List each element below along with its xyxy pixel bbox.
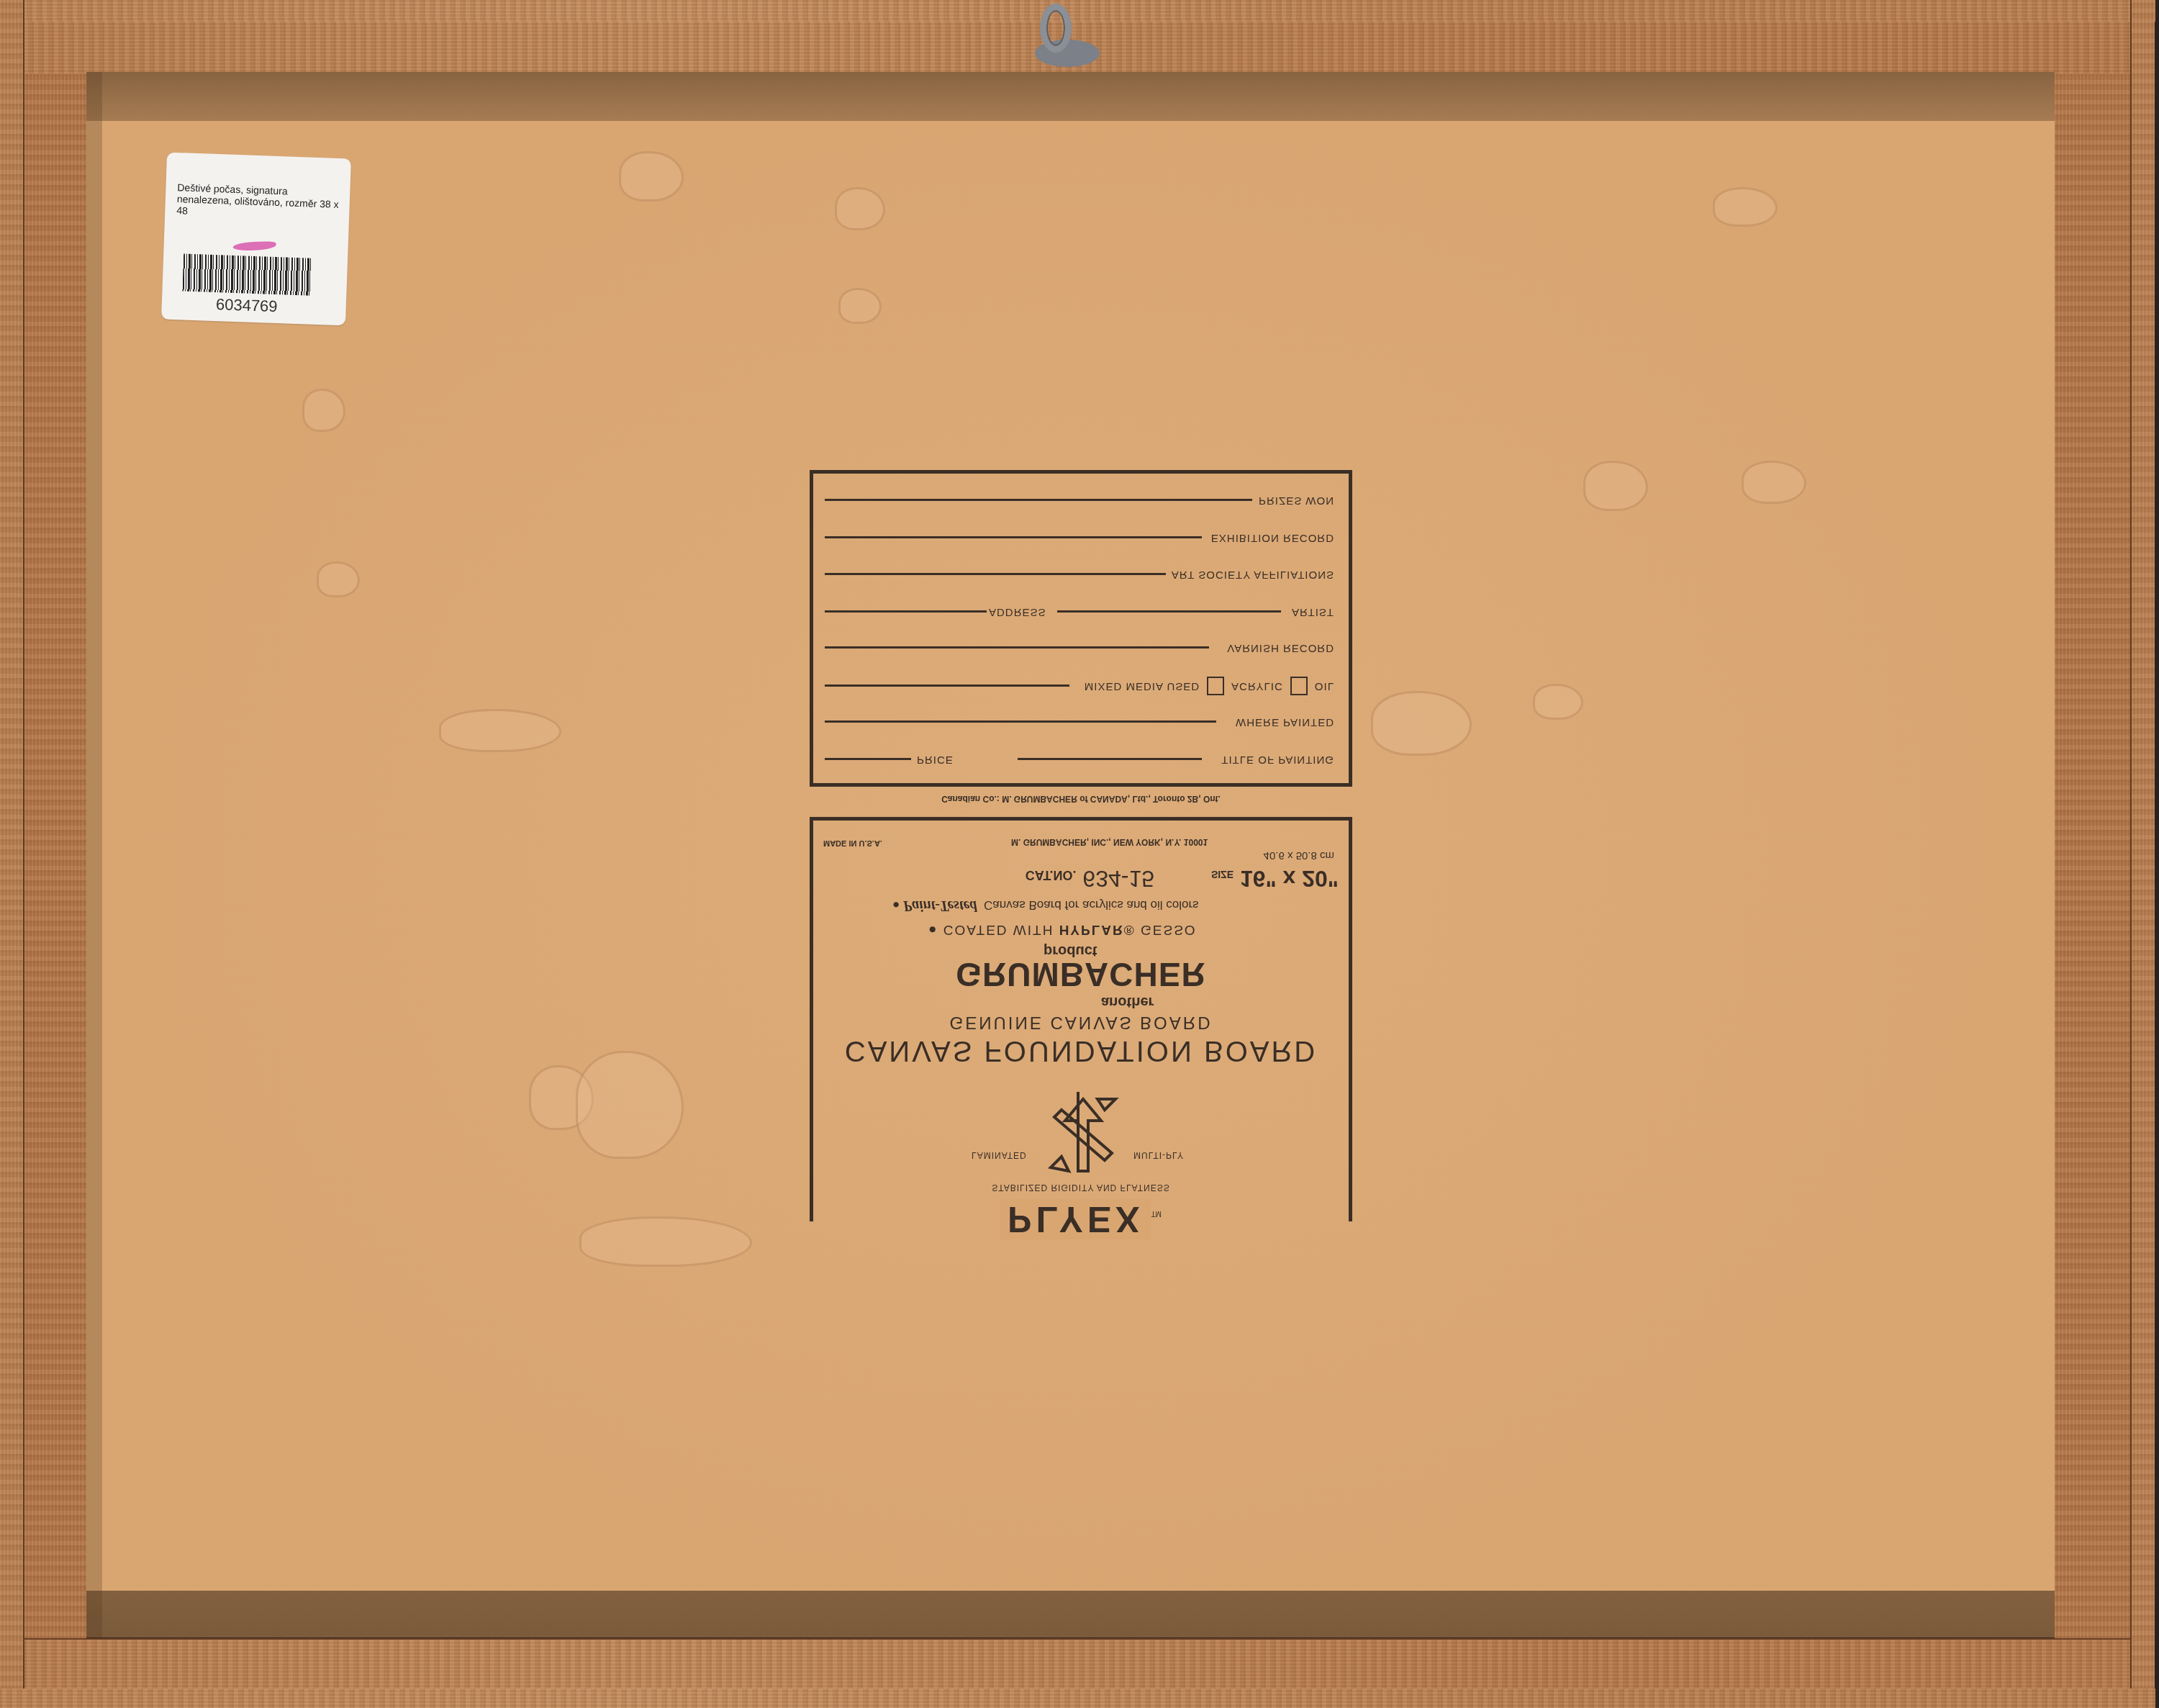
canadian-company-line: Canadian Co.: M. GRUMBACHER of CANADA, L… bbox=[810, 794, 1352, 804]
frame-outer-top bbox=[0, 0, 2155, 22]
size-metric: 40.6 x 50.8 cm bbox=[1264, 849, 1334, 862]
inventory-sticker: Deštivé počas, signatura nenalezena, oli… bbox=[161, 153, 351, 326]
water-stain bbox=[1533, 684, 1583, 720]
catalog-number: CAT.NO. 634-15 bbox=[1026, 865, 1154, 892]
another-word: another bbox=[1101, 993, 1154, 1010]
artist-record-form: TITLE OF PAINTING PRICE WHERE PAINTED MI… bbox=[810, 470, 1352, 787]
water-stain bbox=[1371, 691, 1472, 756]
logo-right-text: LAMINATED bbox=[972, 1150, 1027, 1160]
frame-outer-right bbox=[2130, 0, 2155, 1708]
highlighter-mark bbox=[233, 241, 276, 250]
size-info: SIZE 16" x 20" bbox=[1211, 865, 1339, 892]
grumbacher-brand: GRUMBACHER bbox=[813, 955, 1349, 994]
company-address: M. GRUMBACHER, INC., NEW YORK, N.Y. 1000… bbox=[1011, 837, 1208, 847]
water-stain bbox=[1713, 187, 1778, 227]
water-stain bbox=[835, 187, 885, 230]
product-word: product bbox=[1044, 942, 1097, 959]
oil-checkbox bbox=[1290, 677, 1308, 695]
water-stain bbox=[439, 709, 561, 752]
logo-left-text: MULTI-PLY bbox=[1133, 1150, 1184, 1160]
frame-rail-bottom bbox=[24, 1638, 2130, 1690]
form-row-artist-address: ARTIST ADDRESS bbox=[823, 600, 1339, 621]
frame-rail-right bbox=[2055, 73, 2130, 1638]
frame-rail-left bbox=[24, 73, 86, 1638]
product-label-box: PLYEXTM STABILIZED RIGIDITY AND FLATNESS… bbox=[810, 817, 1352, 1221]
form-row-prizes-won: PRIZES WON bbox=[823, 488, 1339, 510]
form-row-medium: MIXED MEDIA USEDACRYLICOIL bbox=[823, 674, 1339, 695]
water-stain bbox=[302, 389, 345, 432]
bullet-paint-tested: ● Paint-Tested Canvas Board for acrylics… bbox=[892, 897, 1199, 913]
sticker-description: Deštivé počas, signatura nenalezena, oli… bbox=[176, 181, 343, 222]
plyex-arrows-icon bbox=[1044, 1092, 1123, 1178]
form-row-varnish-record: VARNISH RECORD bbox=[823, 636, 1339, 657]
water-stain bbox=[838, 288, 882, 324]
form-row-exhibition-record: EXHIBITION RECORD bbox=[823, 525, 1339, 547]
frame-shadow-top bbox=[86, 72, 2055, 121]
frame-shadow-bottom bbox=[86, 1591, 2055, 1638]
hanging-ring-icon bbox=[1040, 4, 1072, 53]
water-stain bbox=[1742, 461, 1806, 504]
bullet-coated: ● COATED WITH HYPLAR® GESSO bbox=[928, 921, 1197, 937]
product-subtitle: GENUINE CANVAS BOARD bbox=[813, 1012, 1349, 1032]
frame-outer-bottom bbox=[0, 1689, 2155, 1708]
form-row-art-society: ART SOCIETY AFFILIATIONS bbox=[823, 562, 1339, 584]
acrylic-checkbox bbox=[1207, 677, 1224, 695]
water-stain bbox=[317, 561, 360, 597]
barcode bbox=[182, 253, 312, 295]
frame-outer-left bbox=[0, 0, 24, 1708]
tagline: STABILIZED RIGIDITY AND FLATNESS bbox=[813, 1183, 1349, 1193]
water-stain bbox=[619, 151, 684, 202]
product-title: CANVAS FOUNDATION BOARD bbox=[813, 1034, 1349, 1067]
plyex-logo: PLYEXTM bbox=[813, 1198, 1349, 1240]
barcode-number: 6034769 bbox=[161, 293, 332, 317]
form-row-where-painted: WHERE PAINTED bbox=[823, 710, 1339, 731]
form-row-title-of-painting: TITLE OF PAINTING PRICE bbox=[823, 747, 1339, 769]
made-in: MADE IN U.S.A. bbox=[823, 839, 882, 847]
frame-shadow-left bbox=[86, 72, 102, 1637]
water-stain bbox=[579, 1216, 752, 1267]
water-stain bbox=[1583, 461, 1648, 511]
